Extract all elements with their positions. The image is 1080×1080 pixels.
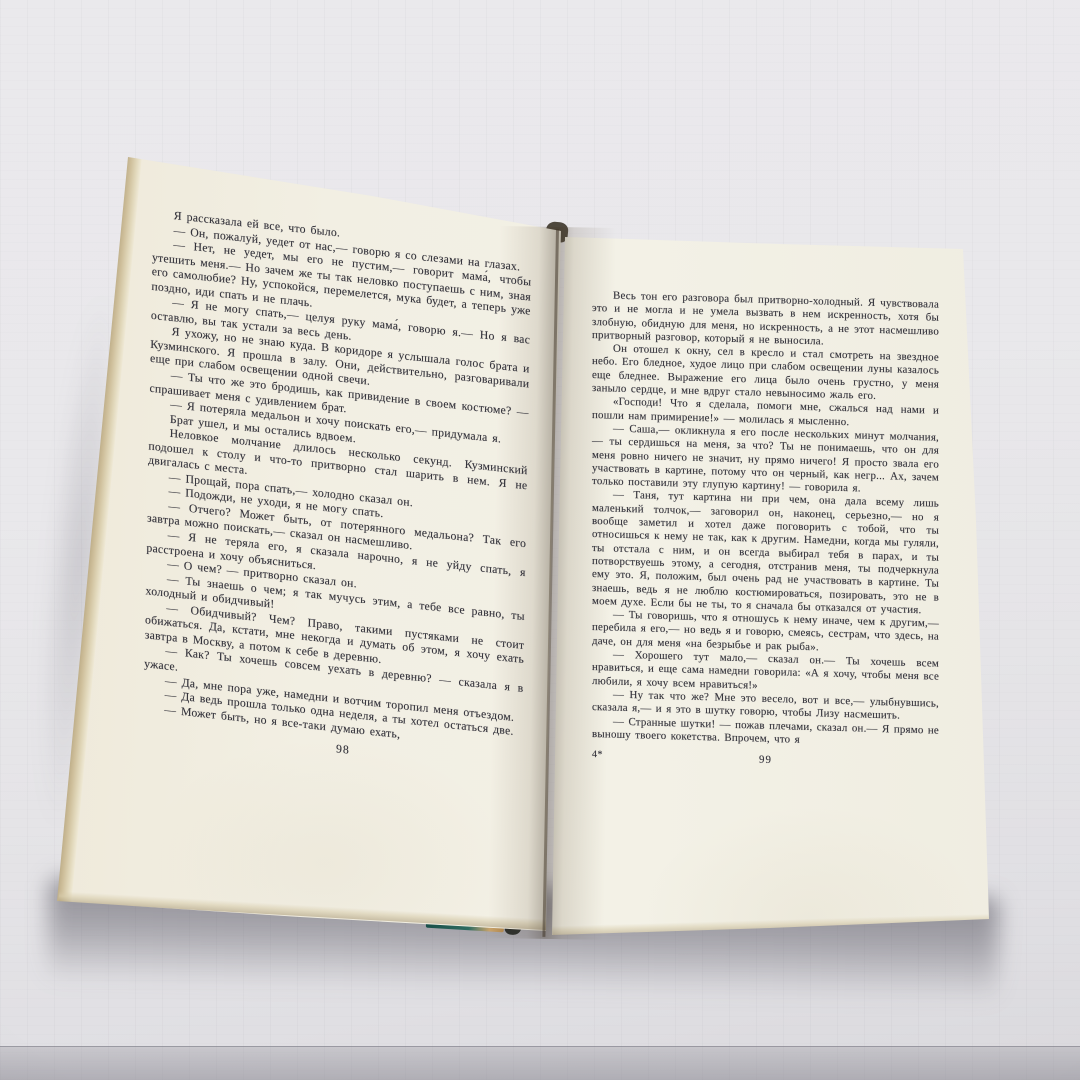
paragraph: — Таня, тут картина ни при чем, она дала… [592, 488, 939, 617]
left-page-text: Я рассказала ей все, что было. — Он, пож… [143, 207, 532, 776]
right-page-text: Весь тон его разговора был притворно-хол… [592, 289, 939, 774]
paragraph: — Саша,— окликнула я его после нескольки… [592, 422, 939, 498]
paragraph: Он отошел к окну, сел в кресло и стал см… [592, 342, 939, 405]
paragraph: Весь тон его разговора был притворно-хол… [592, 289, 939, 352]
table-edge [0, 1046, 1080, 1080]
photo-open-book: Я рассказала ей все, что было. — Он, пож… [0, 0, 1080, 1080]
